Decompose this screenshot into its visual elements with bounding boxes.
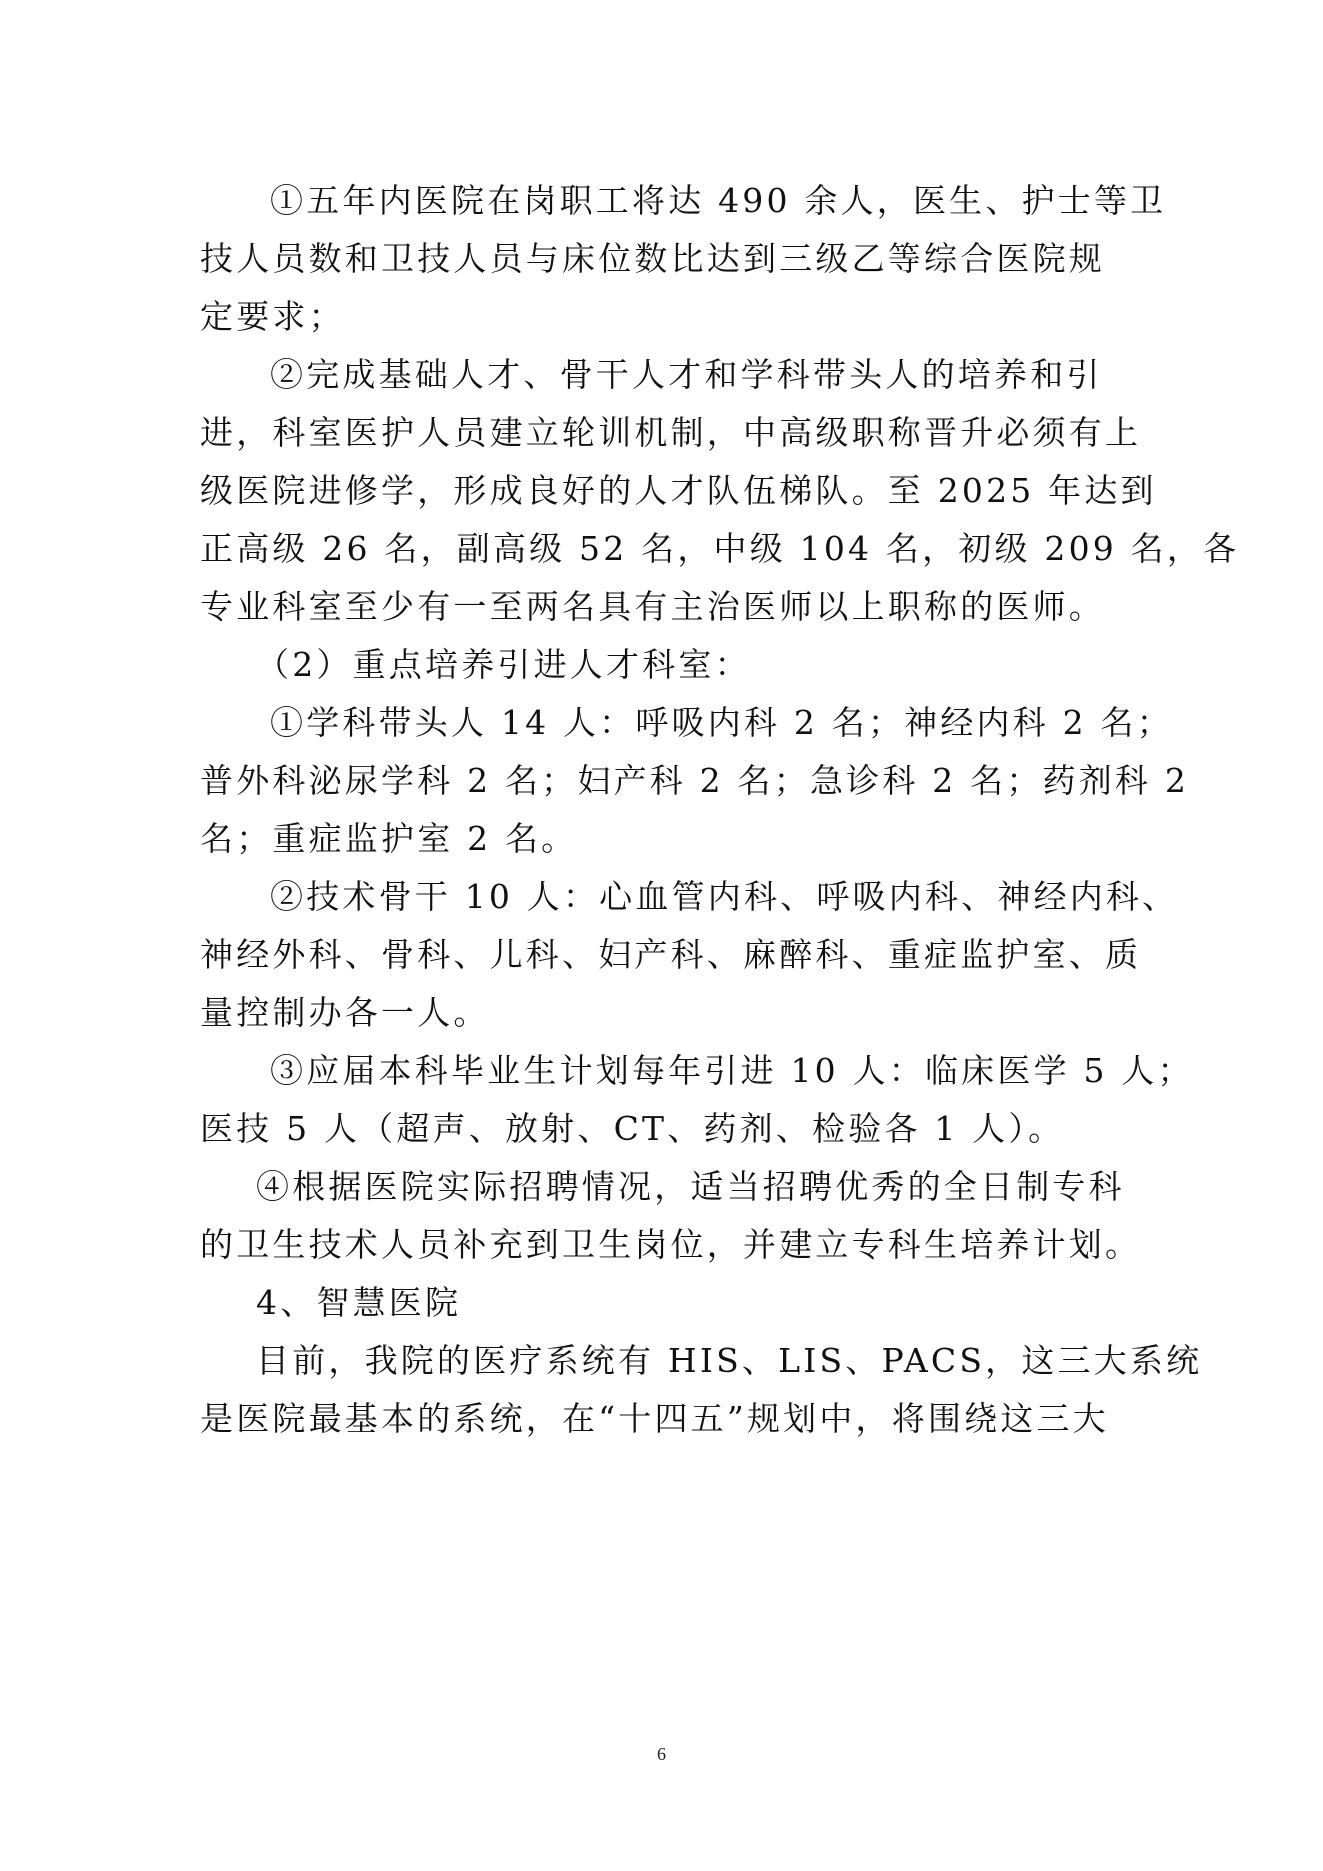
paragraph-smart-hospital-line-2: 是医院最基本的系统，在“十四五”规划中，将围绕这三大	[200, 1384, 1109, 1454]
page-number: 6	[0, 1744, 1323, 1765]
document-page: ①五年内医院在岗职工将达 490 余人，医生、护士等卫 技人员数和卫技人员与床位…	[0, 0, 1323, 1871]
